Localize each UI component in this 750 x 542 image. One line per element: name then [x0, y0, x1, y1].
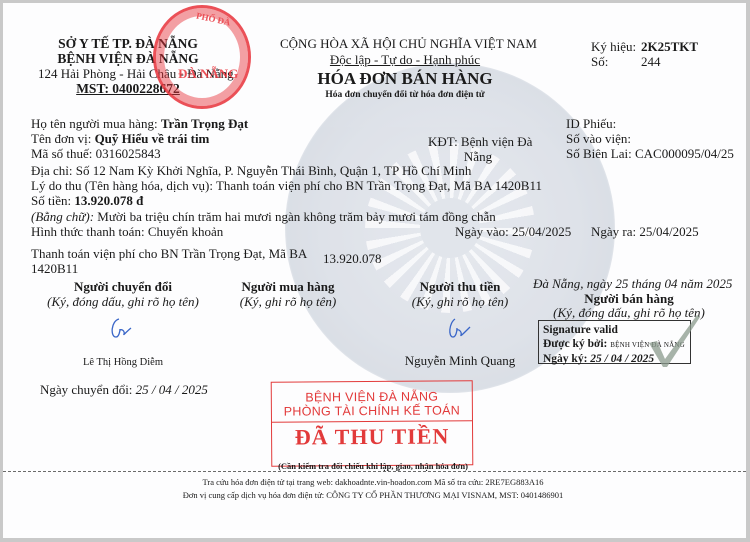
- invoice-subtitle: Hóa đơn chuyển đổi từ hóa đơn điện tử: [280, 89, 530, 101]
- date-in-row: Ngày vào: 25/04/2025: [455, 224, 571, 239]
- buyer-unit-value: Quỹ Hiểu về trái tim: [95, 131, 210, 146]
- conversion-date-value: 25 / 04 / 2025: [136, 382, 208, 397]
- footer-provider-line: Đơn vị cung cấp dịch vụ hóa đơn điện tử:…: [83, 489, 663, 501]
- buyer-signature-note: (Ký, ghi rõ họ tên): [228, 294, 348, 309]
- seller-round-stamp: PHỐ ĐÀ ĐÀ NẴNG: [153, 5, 251, 109]
- paid-stamp-status: ĐÃ THU TIỀN: [272, 423, 472, 450]
- converter-note: (Ký, đóng dấu, ghi rõ họ tên): [23, 294, 223, 309]
- footer-lookup-line: Tra cứu hóa đơn điện tử tại trang web: d…: [83, 476, 663, 488]
- ticket-id-label: ID Phiếu:: [566, 116, 616, 131]
- admission-number-label: Số vào viện:: [566, 131, 631, 146]
- converter-title: Người chuyển đổi: [33, 279, 213, 294]
- line-item-amount: 13.920.078: [323, 251, 382, 266]
- paid-stamp: BỆNH VIỆN ĐÀ NẴNG PHÒNG TÀI CHÍNH KẾ TOÁ…: [271, 380, 474, 466]
- buyer-name-row: Họ tên người mua hàng: Trần Trọng Đạt: [31, 116, 248, 131]
- amount-value: 13.920.078 đ: [74, 193, 143, 208]
- date-in-value: 25/04/2025: [512, 224, 571, 239]
- buyer-address-value: Số 12 Nam Kỳ Khởi Nghĩa, P. Nguyễn Thái …: [76, 163, 472, 178]
- buyer-signature-title: Người mua hàng: [228, 279, 348, 294]
- paid-stamp-divider: [272, 420, 472, 422]
- date-out-row: Ngày ra: 25/04/2025: [591, 224, 699, 239]
- sign-date-label: Ngày ký:: [543, 353, 587, 365]
- amount-in-words-row: (Bằng chữ): Mười ba triệu chín trăm hai …: [31, 209, 496, 224]
- invoice-title: HÓA ĐƠN BÁN HÀNG: [280, 69, 530, 89]
- receipt-number-row: Số Biên Lai: CAC000095/04/25: [566, 146, 734, 161]
- amount-in-words-label: (Bằng chữ):: [31, 209, 94, 224]
- footer-divider: [3, 471, 746, 472]
- cashier-note: (Ký, ghi rõ họ tên): [395, 294, 525, 309]
- paid-stamp-hospital: BỆNH VIỆN ĐÀ NẴNG: [272, 389, 472, 404]
- payment-method-value: Chuyển khoản: [148, 224, 223, 239]
- stamp-arc-text: PHỐ ĐÀ: [195, 10, 231, 27]
- department-line2: Nẵng: [428, 149, 528, 164]
- seller-signature-title: Người bán hàng: [533, 291, 725, 306]
- cashier-signature-icon: [445, 315, 475, 341]
- amount-row: Số tiền: 13.920.078 đ: [31, 193, 143, 208]
- invoice-number-value: 244: [641, 54, 661, 69]
- payment-method-row: Hình thức thanh toán: Chuyển khoản: [31, 224, 223, 239]
- nation-title: CỘNG HÒA XÃ HỘI CHỦ NGHĨA VIỆT NAM: [280, 36, 530, 51]
- payment-method-label: Hình thức thanh toán:: [31, 224, 145, 239]
- date-out-label: Ngày ra:: [591, 224, 636, 239]
- buyer-name-value: Trần Trọng Đạt: [161, 116, 248, 131]
- place-and-date: Đà Nẵng, ngày 25 tháng 04 năm 2025: [533, 276, 725, 291]
- cashier-name: Nguyễn Minh Quang: [395, 353, 525, 368]
- buyer-unit-row: Tên đơn vị: Quỹ Hiểu về trái tim: [31, 131, 209, 146]
- signature-valid-check-icon: [643, 307, 703, 371]
- footer-check-note: (Cần kiểm tra đối chiếu khi lập, giao, n…: [203, 461, 543, 471]
- date-in-label: Ngày vào:: [455, 224, 509, 239]
- nation-motto: Độc lập - Tự do - Hạnh phúc: [280, 52, 530, 67]
- converter-signature-icon: [107, 315, 137, 341]
- receipt-number-label: Số Biên Lai:: [566, 146, 632, 161]
- payment-reason-label: Lý do thu (Tên hàng hóa, dịch vụ):: [31, 178, 213, 193]
- conversion-date-row: Ngày chuyển đổi: 25 / 04 / 2025: [40, 382, 208, 397]
- buyer-name-label: Họ tên người mua hàng:: [31, 116, 158, 131]
- converter-name: Lê Thị Hồng Diễm: [33, 356, 213, 369]
- payment-reason-value: Thanh toán viện phí cho BN Trần Trọng Đạ…: [216, 178, 542, 193]
- line-item-description-1: Thanh toán viện phí cho BN Trần Trọng Đạ…: [31, 246, 307, 261]
- cashier-title: Người thu tiền: [395, 279, 525, 294]
- conversion-date-label: Ngày chuyển đổi:: [40, 382, 132, 397]
- buyer-address-label: Địa chỉ:: [31, 163, 73, 178]
- invoice-sheet: SỞ Y TẾ TP. ĐÀ NẴNG BỆNH VIỆN ĐÀ NẴNG 12…: [3, 3, 746, 538]
- paid-stamp-department: PHÒNG TÀI CHÍNH KẾ TOÁN: [272, 403, 472, 418]
- stamp-center-text: ĐÀ NẴNG: [178, 66, 238, 82]
- invoice-symbol-label: Ký hiệu:: [591, 39, 636, 54]
- buyer-address-row: Địa chỉ: Số 12 Nam Kỳ Khởi Nghĩa, P. Ngu…: [31, 163, 471, 178]
- invoice-symbol-value: 2K25TKT: [641, 39, 698, 54]
- amount-label: Số tiền:: [31, 193, 71, 208]
- invoice-number-label: Số:: [591, 54, 608, 69]
- buyer-unit-label: Tên đơn vị:: [31, 131, 91, 146]
- department-line1: KĐT: Bệnh viện Đà: [428, 134, 528, 149]
- buyer-tax-value: 0316025843: [96, 146, 161, 161]
- buyer-tax-row: Mã số thuế: 0316025843: [31, 146, 161, 161]
- payment-reason-row: Lý do thu (Tên hàng hóa, dịch vụ): Thanh…: [31, 178, 542, 193]
- receipt-number-value: CAC000095/04/25: [635, 146, 734, 161]
- buyer-tax-label: Mã số thuế:: [31, 146, 92, 161]
- amount-in-words-value: Mười ba triệu chín trăm hai mươi ngàn kh…: [97, 209, 495, 224]
- signed-by-label: Được ký bởi:: [543, 338, 607, 350]
- line-item-description-2: 1420B11: [31, 261, 78, 276]
- date-out-value: 25/04/2025: [639, 224, 698, 239]
